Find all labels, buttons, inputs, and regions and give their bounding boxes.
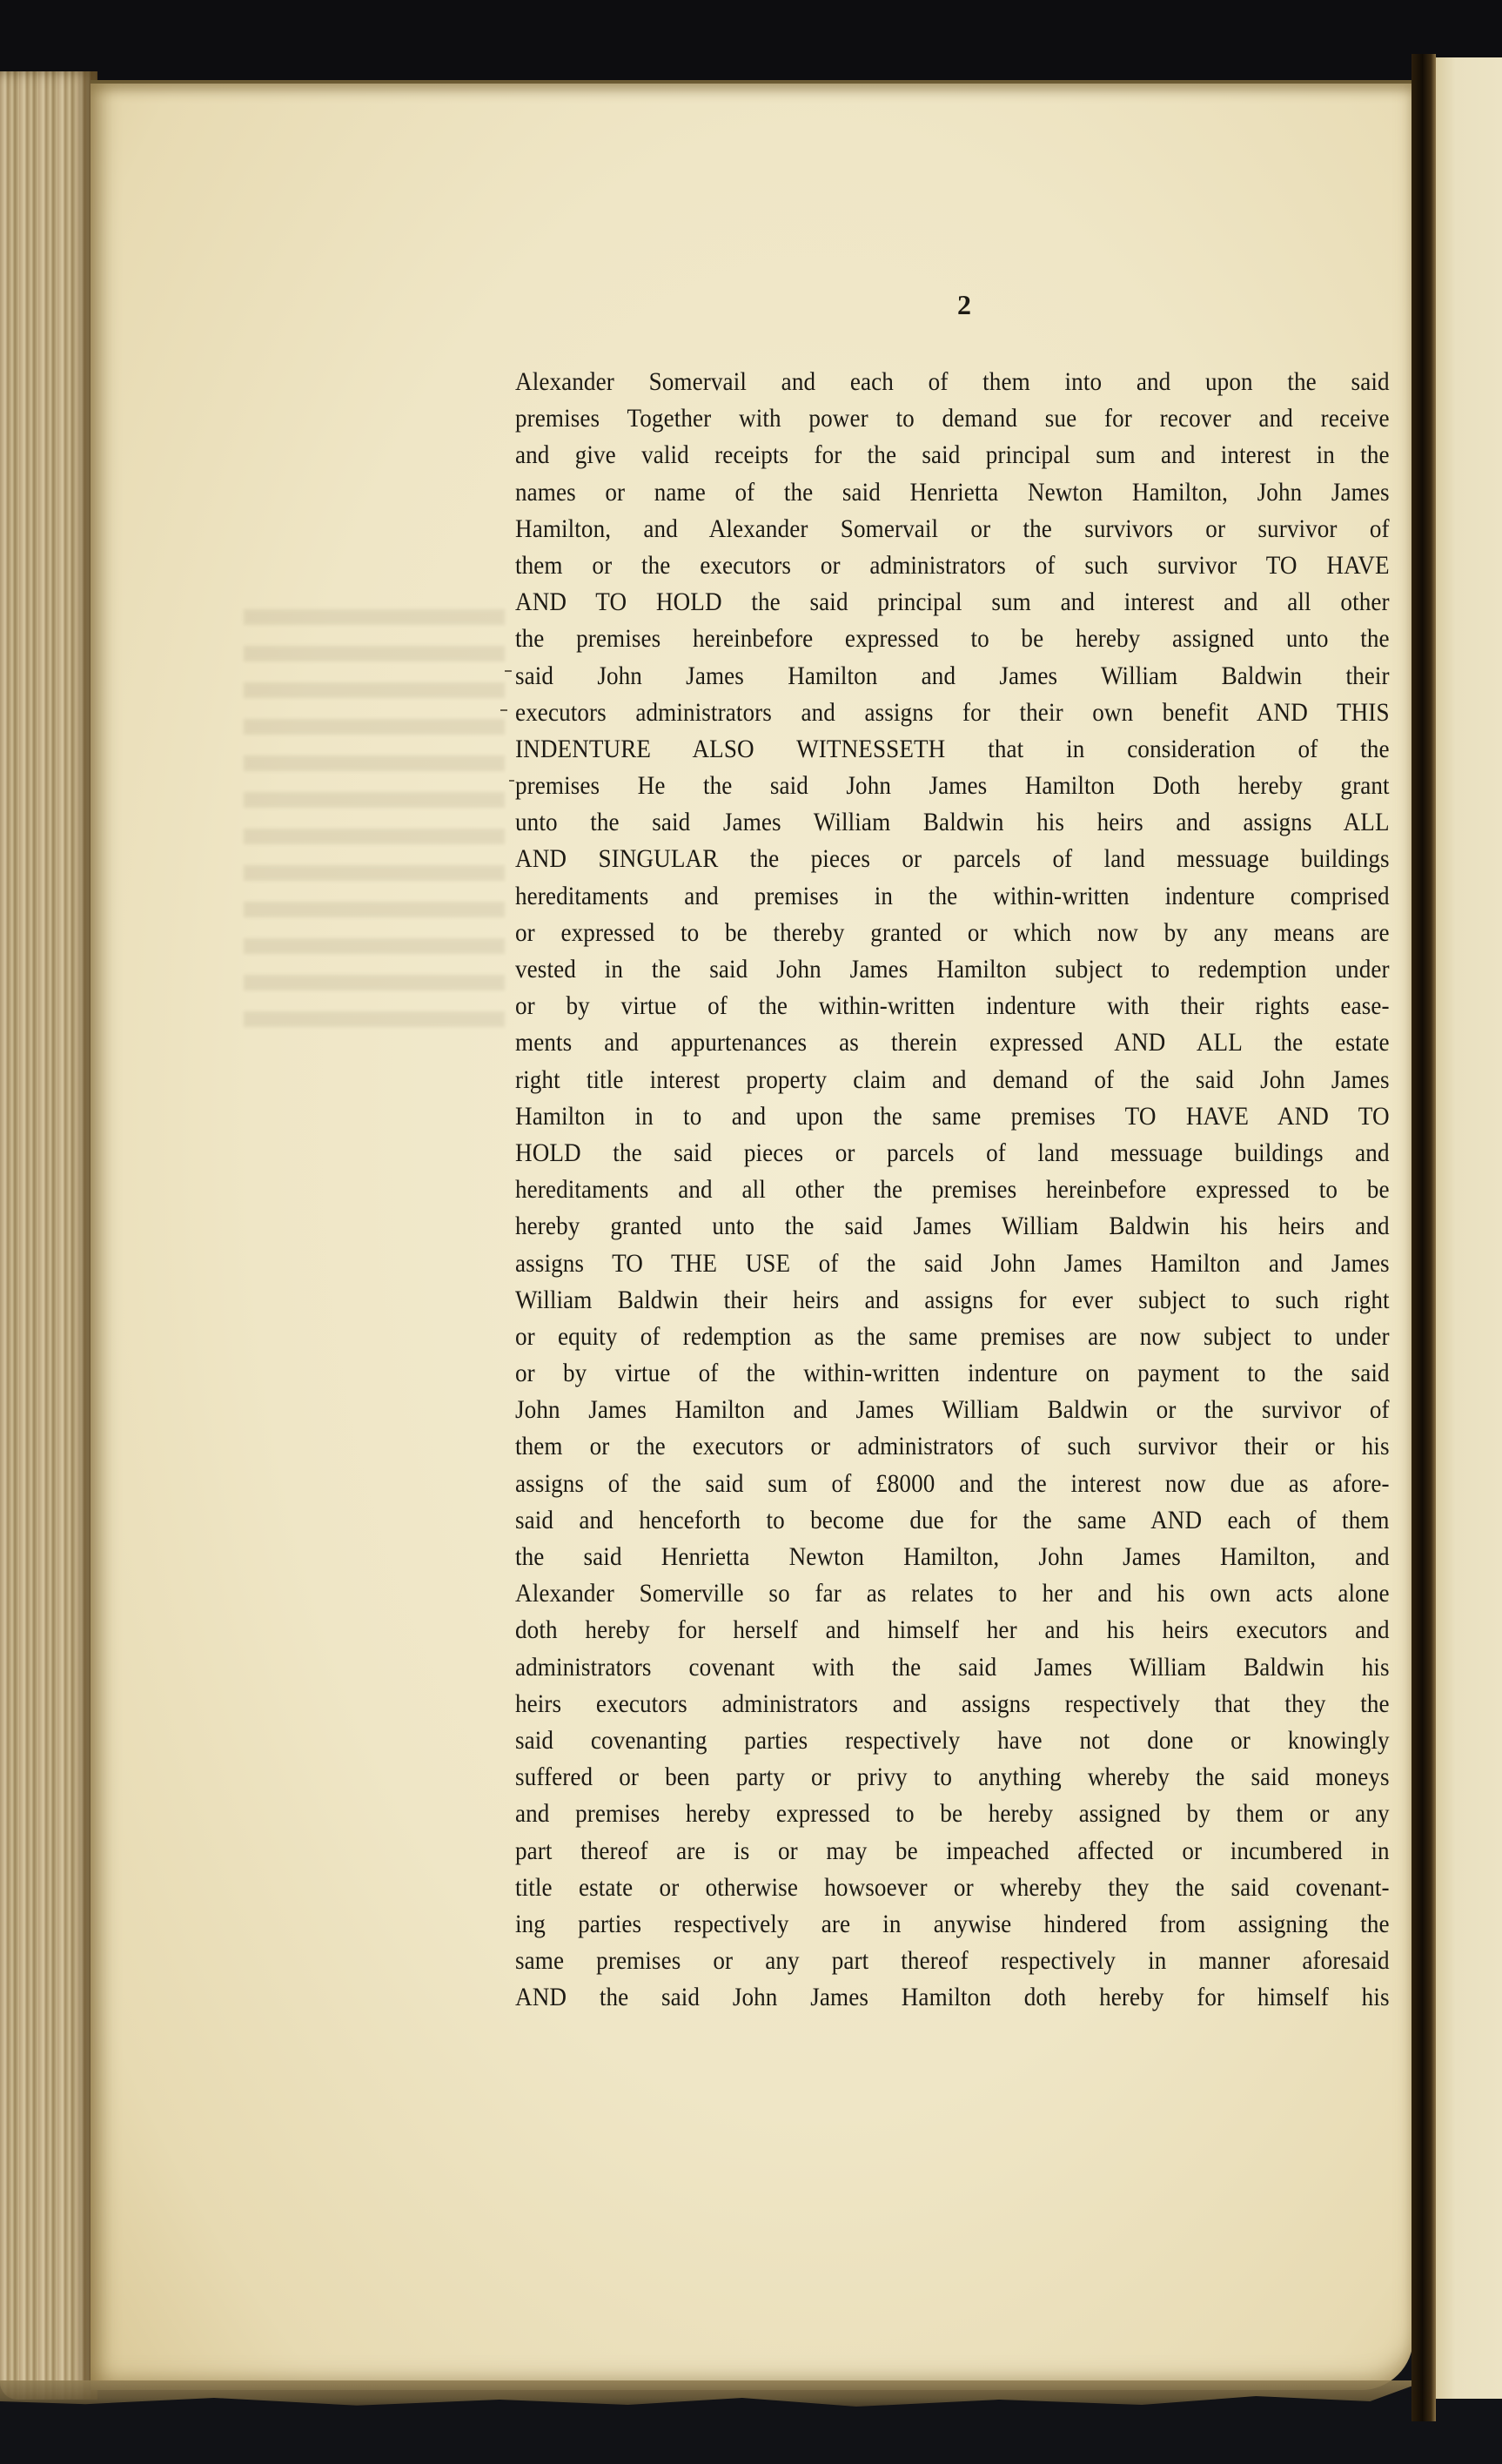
text-line: executors administrators and assigns for…	[515, 695, 1390, 731]
text-line: Hamilton in to and upon the same premise…	[515, 1098, 1390, 1135]
text-line: or by virtue of the within-written inden…	[515, 1355, 1390, 1392]
text-line: or by virtue of the within-written inden…	[515, 988, 1390, 1024]
text-line: doth hereby for herself and himself her …	[515, 1612, 1390, 1648]
text-line: John James Hamilton and James William Ba…	[515, 1392, 1390, 1428]
text-line: Hamilton, and Alexander Somervail or the…	[515, 511, 1390, 547]
text-line: William Baldwin their heirs and assigns …	[515, 1282, 1390, 1319]
text-line: them or the executors or administrators …	[515, 1428, 1390, 1465]
margin-mark	[509, 780, 514, 782]
text-line: the said Henrietta Newton Hamilton, John…	[515, 1539, 1390, 1575]
text-line: same premises or any part thereof respec…	[515, 1943, 1390, 1979]
text-line: vested in the said John James Hamilton s…	[515, 951, 1390, 988]
page-stack-fore-edge	[0, 71, 97, 2400]
text-line: and premises hereby expressed to be here…	[515, 1796, 1390, 1832]
page-bottom-edge	[0, 2380, 1427, 2415]
text-line: AND the said John James Hamilton doth he…	[515, 1979, 1390, 2016]
text-line: Alexander Somerville so far as relates t…	[515, 1575, 1390, 1612]
body-text: Alexander Somervail and each of them int…	[515, 364, 1390, 2016]
margin-mark	[500, 709, 507, 711]
text-line: right title interest property claim and …	[515, 1062, 1390, 1098]
text-line: said John James Hamilton and James Willi…	[515, 658, 1390, 695]
text-line: said covenanting parties respectively ha…	[515, 1722, 1390, 1759]
text-line: the premises hereinbefore expressed to b…	[515, 621, 1390, 657]
text-line: hereby granted unto the said James Willi…	[515, 1208, 1390, 1245]
text-line: AND SINGULAR the pieces or parcels of la…	[515, 841, 1390, 877]
text-line: unto the said James William Baldwin his …	[515, 804, 1390, 841]
text-line: or expressed to be thereby granted or wh…	[515, 915, 1390, 951]
text-line: or equity of redemption as the same prem…	[515, 1319, 1390, 1355]
text-line: suffered or been party or privy to anyth…	[515, 1759, 1390, 1796]
text-line: part thereof are is or may be impeached …	[515, 1833, 1390, 1870]
text-line: names or name of the said Henrietta Newt…	[515, 474, 1390, 511]
text-line: ments and appurtenances as therein expre…	[515, 1024, 1390, 1061]
text-line: premises Together with power to demand s…	[515, 400, 1390, 437]
text-line: and give valid receipts for the said pri…	[515, 437, 1390, 473]
text-line: said and henceforth to become due for th…	[515, 1502, 1390, 1539]
text-line: INDENTURE ALSO WITNESSETH that in consid…	[515, 731, 1390, 768]
text-line: hereditaments and all other the premises…	[515, 1172, 1390, 1208]
binding-gutter	[1411, 54, 1436, 2421]
text-line: AND TO HOLD the said principal sum and i…	[515, 584, 1390, 621]
text-line: assigns TO THE USE of the said John Jame…	[515, 1245, 1390, 1282]
facing-page	[1436, 57, 1502, 2399]
text-line: administrators covenant with the said Ja…	[515, 1649, 1390, 1686]
text-line: ing parties respectively are in anywise …	[515, 1906, 1390, 1943]
text-line: hereditaments and premises in the within…	[515, 878, 1390, 915]
bleed-through-text	[244, 609, 505, 1044]
scanned-book-spread: 2 Alexander Somervail and each of them i…	[0, 0, 1502, 2464]
text-line: premises He the said John James Hamilton…	[515, 768, 1390, 804]
page-number: 2	[957, 287, 971, 322]
text-line: assigns of the said sum of £8000 and the…	[515, 1466, 1390, 1502]
text-line: Alexander Somervail and each of them int…	[515, 364, 1390, 400]
text-line: HOLD the said pieces or parcels of land …	[515, 1135, 1390, 1172]
text-line: title estate or otherwise howsoever or w…	[515, 1870, 1390, 1906]
text-line: heirs executors administrators and assig…	[515, 1686, 1390, 1722]
text-line: them or the executors or administrators …	[515, 547, 1390, 584]
margin-mark	[505, 670, 512, 672]
